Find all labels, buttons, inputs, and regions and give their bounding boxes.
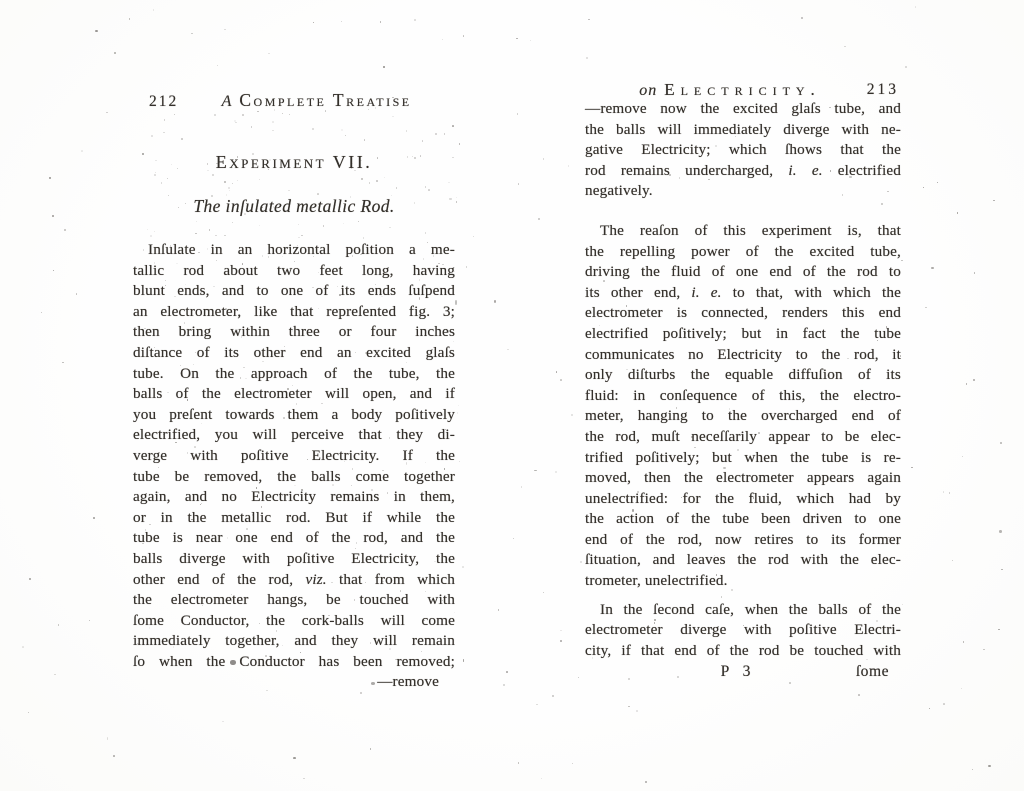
text-line: moved, then the electrometer appears aga… bbox=[585, 468, 901, 489]
paragraph: —remove now the excited glaſs tube, andt… bbox=[585, 99, 901, 202]
scanned-book-spread: { "scan": { "ink_color": "#34302b", "pap… bbox=[0, 0, 1024, 791]
text-line: trified poſitively; but when the tube is… bbox=[585, 448, 901, 469]
left-body-text: Inſulate in an horizontal poſition a me-… bbox=[133, 240, 455, 693]
text-line: the repelling power of the excited tube, bbox=[585, 242, 901, 263]
text-line: tube is near one end of the rod, and the bbox=[133, 528, 455, 549]
text-line: electrometer diverge with poſitive Elect… bbox=[585, 620, 901, 641]
right-running-header: onElectricity. 213 bbox=[585, 80, 901, 100]
running-title-text: Complete Treatise bbox=[239, 90, 411, 110]
left-catchword: —remove bbox=[133, 672, 455, 693]
text-line: the balls will immediately diverge with … bbox=[585, 120, 901, 141]
right-body-text: —remove now the excited glaſs tube, andt… bbox=[585, 99, 901, 661]
right-catchword: ſome bbox=[856, 663, 889, 681]
text-line: verge with poſitive Electricity. If the bbox=[133, 446, 455, 467]
text-line: an electrometer, like that repreſented f… bbox=[133, 302, 455, 323]
page-footer: P 3 ſome bbox=[585, 663, 901, 681]
text-line: ſo when the Conductor has been removed; bbox=[133, 652, 455, 673]
left-page: 212 AComplete Treatise Experiment VII. T… bbox=[133, 0, 455, 791]
text-line: ſome Conductor, the cork-balls will come bbox=[133, 611, 455, 632]
text-line: you preſent towards them a body poſitive… bbox=[133, 405, 455, 426]
left-page-number: 212 bbox=[133, 93, 178, 111]
text-line: Inſulate in an horizontal poſition a me- bbox=[133, 240, 455, 261]
paragraph: The reaſon of this experiment is, thatth… bbox=[585, 221, 901, 592]
text-line: or in the metallic rod. But if while the bbox=[133, 508, 455, 529]
text-line: balls of the electrometer will open, and… bbox=[133, 384, 455, 405]
section-heading: Experiment VII. bbox=[133, 152, 455, 173]
chapter-title: The inſulated metallic Rod. bbox=[133, 196, 455, 217]
text-line: fluid: in conſequence of this, the elect… bbox=[585, 386, 901, 407]
text-line: rod remains undercharged, i. e. electrif… bbox=[585, 161, 901, 182]
text-line: the action of the tube been driven to on… bbox=[585, 509, 901, 530]
text-line: the rod, muſt neceſſarily appear to be e… bbox=[585, 427, 901, 448]
text-line: blunt ends, and to one of its ends ſuſpe… bbox=[133, 281, 455, 302]
right-running-title: onElectricity. bbox=[585, 80, 901, 100]
text-line: tallic rod about two feet long, having bbox=[133, 261, 455, 282]
right-page-number: 213 bbox=[867, 81, 899, 99]
text-line: tube be removed, the balls come together bbox=[133, 467, 455, 488]
text-line: again, and no Electricity remains in the… bbox=[133, 487, 455, 508]
text-line: communicates no Electricity to the rod, … bbox=[585, 345, 901, 366]
text-line: electrometer is connected, renders this … bbox=[585, 303, 901, 324]
text-line: end of the rod, now retires to its forme… bbox=[585, 530, 901, 551]
text-line: trometer, unelectrified. bbox=[585, 571, 901, 592]
running-title-text: Electricity. bbox=[664, 80, 821, 99]
text-line: electrified, you will perceive that they… bbox=[133, 425, 455, 446]
text-line: only diſturbs the equable diffuſion of i… bbox=[585, 365, 901, 386]
text-line: diſtance of its other end an excited gla… bbox=[133, 343, 455, 364]
left-running-title: AComplete Treatise bbox=[178, 90, 455, 111]
text-line: meter, hanging to the overcharged end of bbox=[585, 406, 901, 427]
paragraph: In the ſecond caſe, when the balls of th… bbox=[585, 600, 901, 662]
text-line: negatively. bbox=[585, 181, 901, 202]
text-line: In the ſecond caſe, when the balls of th… bbox=[585, 600, 901, 621]
text-line: —remove now the excited glaſs tube, and bbox=[585, 99, 901, 120]
text-line: ſituation, and leaves the rod with the e… bbox=[585, 550, 901, 571]
text-line: then bring within three or four inches bbox=[133, 322, 455, 343]
text-line: other end of the rod, viz. that from whi… bbox=[133, 570, 455, 591]
text-line: balls diverge with poſitive Electricity,… bbox=[133, 549, 455, 570]
signature-mark: P 3 bbox=[721, 663, 766, 680]
text-line: the electrometer hangs, be touched with bbox=[133, 590, 455, 611]
text-line: electrified poſitively; but in fact the … bbox=[585, 324, 901, 345]
text-line: tube. On the approach of the tube, the bbox=[133, 364, 455, 385]
left-running-header: 212 AComplete Treatise bbox=[133, 90, 455, 111]
text-line: unelectrified: for the fluid, which had … bbox=[585, 489, 901, 510]
text-line: immediately together, and they will rema… bbox=[133, 631, 455, 652]
text-line: gative Electricity; which ſhows that the bbox=[585, 140, 901, 161]
running-title-prefix: on bbox=[639, 82, 657, 99]
text-line: The reaſon of this experiment is, that bbox=[585, 221, 901, 242]
running-title-prefix: A bbox=[222, 93, 233, 110]
text-line: city, if that end of the rod be touched … bbox=[585, 641, 901, 662]
text-line: its other end, i. e. to that, with which… bbox=[585, 283, 901, 304]
paragraph: Inſulate in an horizontal poſition a me-… bbox=[133, 240, 455, 672]
right-page: onElectricity. 213 —remove now the excit… bbox=[585, 0, 901, 791]
text-line: driving the fluid of one end of the rod … bbox=[585, 262, 901, 283]
